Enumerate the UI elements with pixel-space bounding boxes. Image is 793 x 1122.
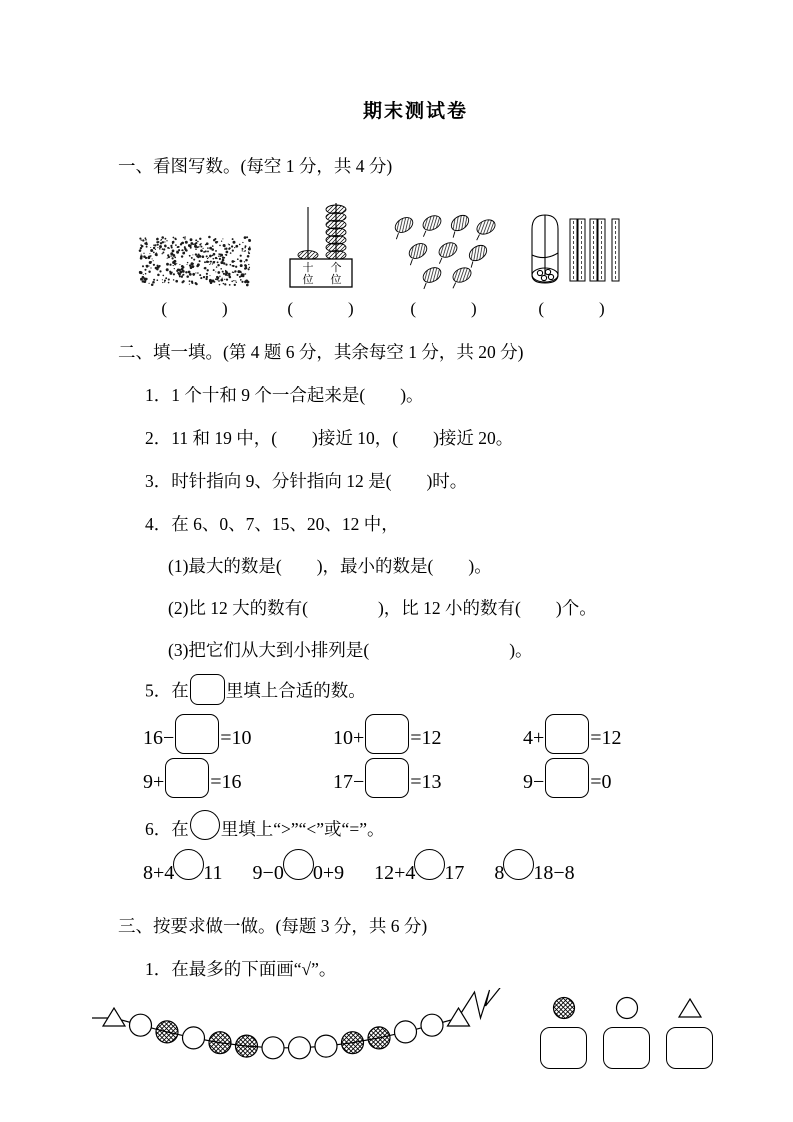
leaves-image (388, 209, 500, 291)
picture-abacus: 十 位 个 位 ( ) (274, 201, 368, 319)
s2-item4-3: (3)把它们从大到小排列是( )。 (118, 637, 713, 663)
eq-right: =10 (220, 727, 251, 750)
dots-pile-image (136, 231, 254, 291)
eq-left: 16− (143, 727, 174, 750)
section2-heading: 二、填一填。(第 4 题 6 分，其余每空 1 分，共 20 分) (118, 339, 713, 365)
fill-box-icon (165, 758, 209, 798)
answer-box (603, 1027, 650, 1069)
eq-left: 10+ (333, 727, 364, 750)
equation-row: 9+=16 17−=13 9−=0 (118, 762, 713, 802)
fill-box-icon (175, 714, 219, 754)
s2-item6-prefix: 6．在 (145, 819, 189, 839)
ones-place-char: 个 (331, 261, 342, 274)
picture-leaves: ( ) (388, 209, 500, 319)
cmp-left: 12+4 (374, 862, 415, 885)
equations-block: 16−=10 10+=12 4+=12 9+=16 17−=13 9−=0 (118, 718, 713, 802)
abacus-image: 十 位 个 位 (274, 201, 368, 291)
equation: 10+=12 (333, 718, 523, 758)
equation-row: 16−=10 10+=12 4+=12 (118, 718, 713, 758)
ones-place-wei: 位 (331, 273, 342, 286)
fill-box-icon (365, 758, 409, 798)
picture-dots-pile: ( ) (136, 231, 254, 319)
shaded-circle-icon (552, 996, 576, 1020)
count-answer-boxes (540, 996, 713, 1069)
test-paper-page: 期末测试卷 一、看图写数。(每空 1 分，共 4 分) ( ) 十 位 (0, 0, 793, 1122)
s3-item1: 1．在最多的下面画“√”。 (118, 956, 713, 982)
cmp-right: 17 (444, 862, 464, 885)
tens-place-wei: 位 (303, 273, 314, 286)
bead-chain-image (90, 988, 514, 1092)
fill-box-icon (545, 714, 589, 754)
comparison: 8+411 (143, 858, 223, 889)
comparison: 818−8 (494, 858, 574, 889)
eq-left: 9+ (143, 771, 164, 794)
cmp-right: 11 (203, 862, 222, 885)
eq-left: 9− (523, 771, 544, 794)
cmp-right: 0+9 (313, 862, 344, 885)
s2-item4: 4．在 6、0、7、15、20、12 中， (118, 511, 713, 537)
fill-circle-icon (414, 849, 445, 880)
s2-item6: 6．在里填上“>”“<”或“=”。 (118, 816, 713, 846)
cmp-right: 18−8 (533, 862, 574, 885)
equation: 9+=16 (143, 762, 333, 802)
eq-right: =12 (590, 727, 621, 750)
s2-item5: 5．在里填上合适的数。 (118, 677, 713, 708)
eq-right: =16 (210, 771, 241, 794)
count-box-white-circle (603, 996, 650, 1069)
fill-box-icon (190, 674, 225, 705)
eq-left: 17− (333, 771, 364, 794)
section3-heading: 三、按要求做一做。(每题 3 分，共 6 分) (118, 913, 713, 939)
answer-box (540, 1027, 587, 1069)
tens-place-char: 十 (303, 260, 314, 274)
comparison: 12+417 (374, 858, 464, 889)
equation: 9−=0 (523, 762, 713, 802)
eq-right: =13 (410, 771, 441, 794)
fill-box-icon (365, 714, 409, 754)
count-box-shaded-circle (540, 996, 587, 1069)
equation: 16−=10 (143, 718, 333, 758)
eq-left: 4+ (523, 727, 544, 750)
answer-blank: ( ) (161, 294, 228, 319)
fill-circle-icon (283, 849, 314, 880)
eq-right: =12 (410, 727, 441, 750)
fill-circle-icon (173, 849, 204, 880)
fill-circle-icon (190, 810, 220, 840)
s2-item5-prefix: 5．在 (145, 681, 189, 701)
cmp-left: 9−0 (253, 862, 284, 885)
section1-heading: 一、看图写数。(每空 1 分，共 4 分) (118, 153, 713, 179)
section1-pictures: ( ) 十 位 个 位 ( ) (136, 201, 713, 319)
s2-item3: 3．时针指向 9、分针指向 12 是( )时。 (118, 468, 713, 494)
comparisons-row: 8+411 9−00+9 12+417 818−8 (118, 858, 713, 889)
s2-item6-suffix: 里填上“>”“<”或“=”。 (221, 819, 385, 839)
answer-blank: ( ) (287, 294, 354, 319)
s2-item5-suffix: 里填上合适的数。 (226, 681, 366, 701)
s2-item4-1: (1)最大的数是( )，最小的数是( )。 (118, 553, 713, 579)
fill-box-icon (545, 758, 589, 798)
answer-blank: ( ) (410, 294, 477, 319)
page-title: 期末测试卷 (118, 0, 713, 123)
bead-chain-exercise (90, 988, 713, 1092)
equation: 4+=12 (523, 718, 713, 758)
fill-circle-icon (503, 849, 534, 880)
answer-blank: ( ) (538, 294, 605, 319)
eq-right: =0 (590, 771, 611, 794)
count-box-triangle (666, 996, 713, 1069)
comparison: 9−00+9 (253, 858, 345, 889)
s2-item4-2: (2)比 12 大的数有( )，比 12 小的数有( )个。 (118, 595, 713, 621)
s2-item2: 2．11 和 19 中，( )接近 10，( )接近 20。 (118, 425, 713, 451)
equation: 17−=13 (333, 762, 523, 802)
picture-sticks: ( ) (520, 209, 624, 319)
sticks-bundle-image (520, 209, 624, 291)
cmp-left: 8+4 (143, 862, 174, 885)
triangle-icon (677, 996, 703, 1020)
s2-item1: 1．1 个十和 9 个一合起来是( )。 (118, 382, 713, 408)
answer-box (666, 1027, 713, 1069)
white-circle-icon (615, 996, 639, 1020)
